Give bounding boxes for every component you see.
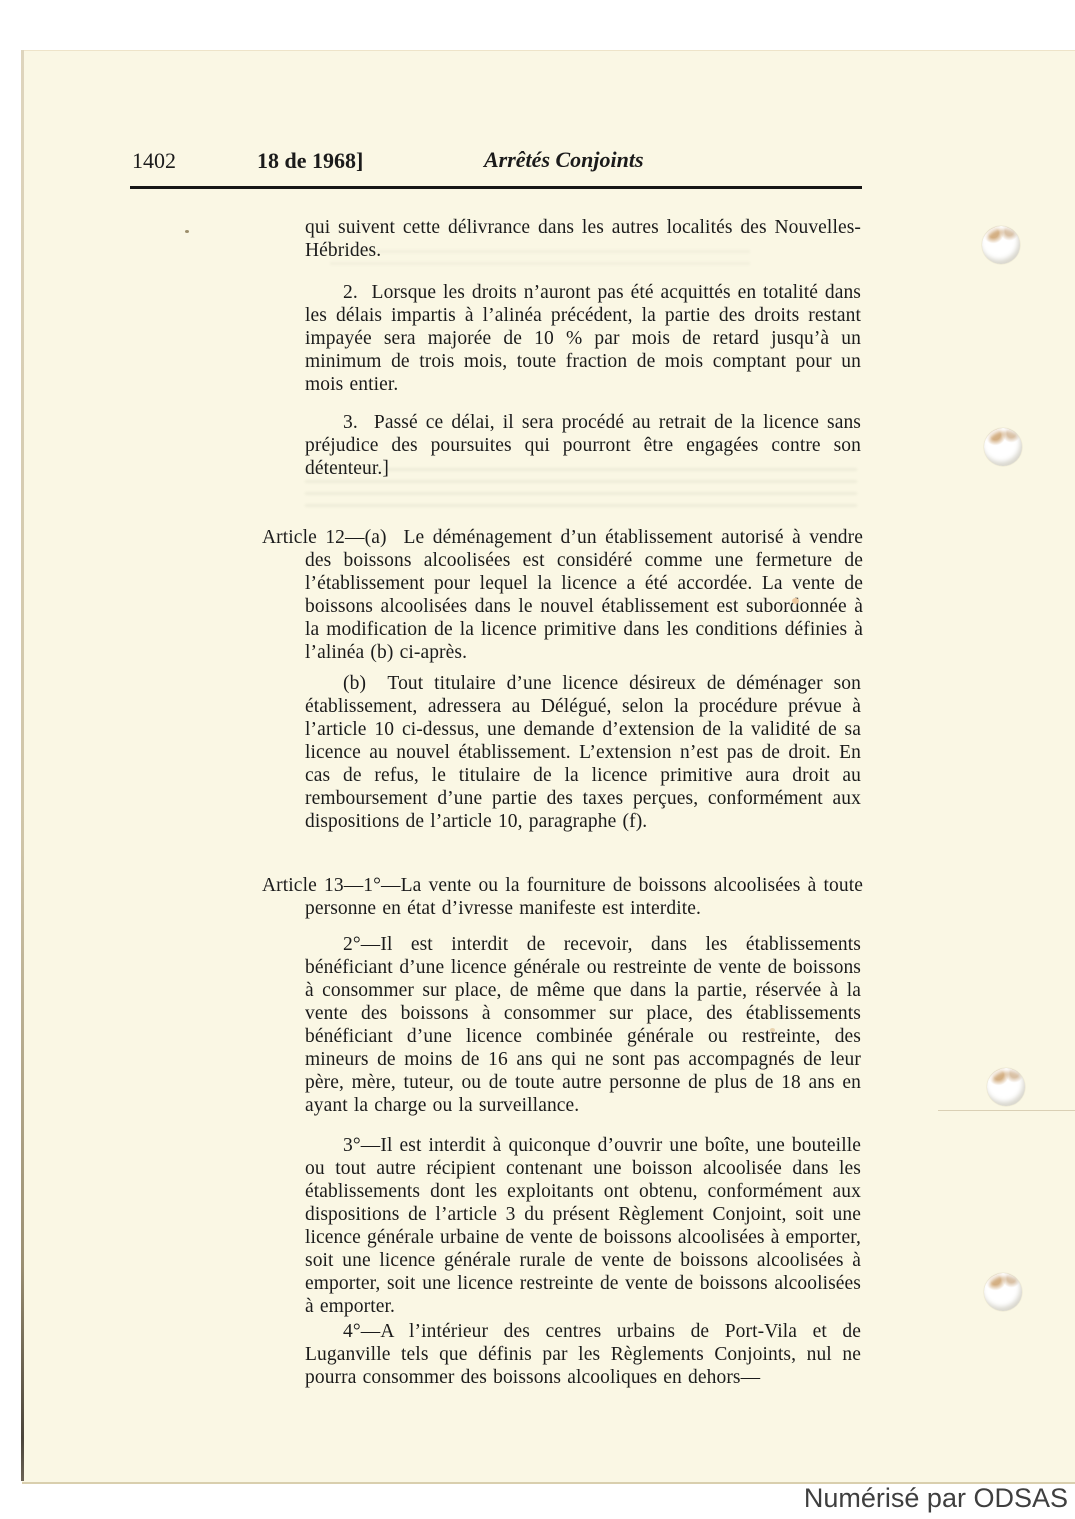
watermark: Numérisé par ODSAS [804, 1483, 1068, 1514]
paragraph-article-13-4: 4°—A l’intérieur des centres urbains de … [305, 1320, 861, 1389]
punch-hole [982, 226, 1020, 264]
scanned-page: 1402 18 de 1968] Arrêtés Conjoints qui s… [0, 0, 1075, 1519]
paper-speck [770, 1028, 775, 1032]
running-title: Arrêtés Conjoints [484, 147, 644, 173]
paper-speck [185, 230, 189, 233]
header-rule [130, 186, 862, 189]
paragraph-article-13-1: Article 13—1°—La vente ou la fourniture … [262, 874, 863, 920]
paragraph-continuation: qui suivent cette délivrance dans les au… [305, 216, 861, 262]
issue-label: 18 de 1968] [257, 148, 363, 174]
punch-hole [984, 428, 1022, 466]
paragraph-article-13-2: 2°—Il est interdit de recevoir, dans les… [305, 933, 861, 1117]
paper-left-edge [21, 50, 24, 1481]
paragraph-article-12-a: Article 12—(a) Le déménagement d’un étab… [262, 526, 863, 664]
page-number: 1402 [132, 148, 176, 174]
punch-hole [984, 1273, 1022, 1311]
paragraph-item-3: 3. Passé ce délai, il sera procédé au re… [305, 411, 861, 480]
paragraph-article-13-3: 3°—Il est interdit à quiconque d’ouvrir … [305, 1134, 861, 1318]
paragraph-item-2: 2. Lorsque les droits n’auront pas été a… [305, 281, 861, 396]
punch-hole [987, 1068, 1025, 1106]
paper-speck [792, 598, 799, 604]
paragraph-article-12-b: (b) Tout titulaire d’une licence désireu… [305, 672, 861, 833]
paper-crease [938, 1110, 1075, 1111]
